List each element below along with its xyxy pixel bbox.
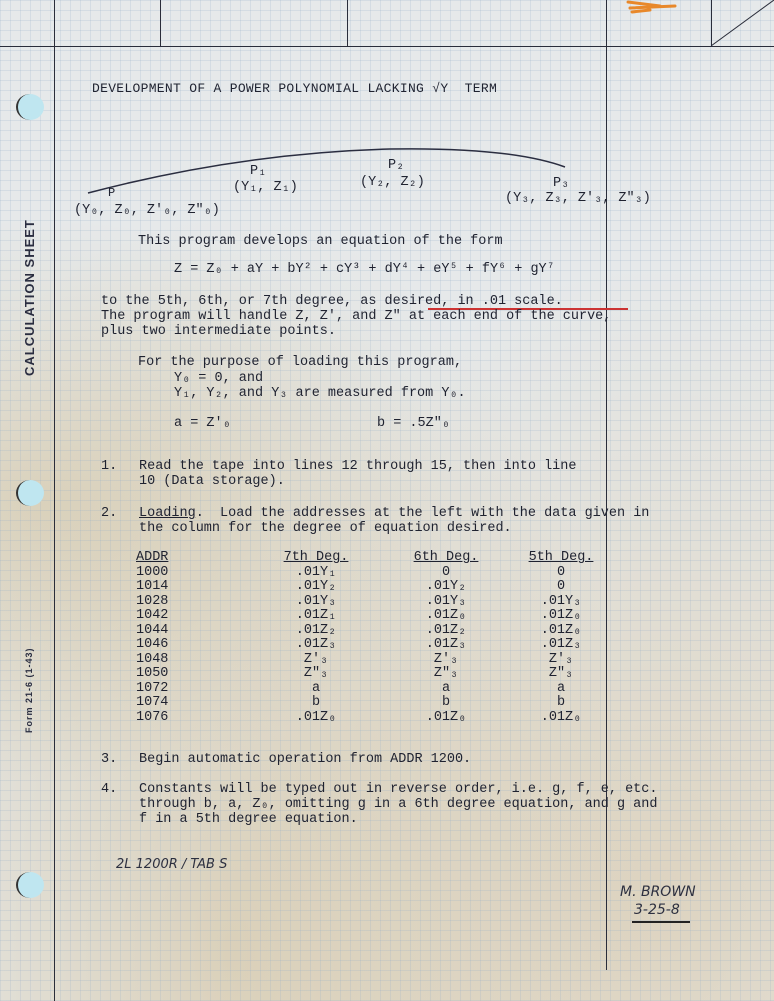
address-table: ADDR 7th Deg. 6th Deg. 5th Deg. 1000.01Y… — [136, 551, 616, 725]
deg6-cell: .01Y₂ — [386, 580, 506, 595]
addr-cell: 1076 — [136, 711, 246, 726]
deg7-cell: .01Y₃ — [246, 595, 386, 610]
deg5-cell: .01Z₀ — [506, 624, 616, 639]
loading-note-line-1: For the purpose of loading this program, — [138, 355, 462, 370]
header-5th: 5th Deg. — [506, 551, 616, 566]
deg6-cell: .01Z₀ — [386, 711, 506, 726]
deg5-cell: a — [506, 682, 616, 697]
table-row: 1014.01Y₂.01Y₂0 — [136, 580, 616, 595]
deg7-cell: Z'₃ — [246, 653, 386, 668]
deg6-cell: a — [386, 682, 506, 697]
handwritten-author: M. BROWN — [620, 884, 696, 900]
polynomial-equation: Z = Z₀ + aY + bY² + cY³ + dY⁴ + eY⁵ + fY… — [174, 262, 555, 277]
addr-cell: 1014 — [136, 580, 246, 595]
deg5-cell: .01Z₀ — [506, 609, 616, 624]
corner-diagonal — [711, 0, 774, 47]
deg6-cell: b — [386, 696, 506, 711]
punch-hole-bottom — [16, 872, 44, 898]
step-4-text-cont-2: f in a 5th degree equation. — [139, 812, 358, 827]
intro-line-3: The program will handle Z, Z', and Z" at… — [101, 309, 611, 324]
table-row: 1076.01Z₀.01Z₀.01Z₀ — [136, 711, 616, 726]
table-row: 1000.01Y₁00 — [136, 566, 616, 581]
step-3-text: Begin automatic operation from ADDR 1200… — [139, 752, 471, 767]
deg5-cell: Z'₃ — [506, 653, 616, 668]
deg5-cell: b — [506, 696, 616, 711]
b-definition: b = .5Z"₀ — [377, 416, 450, 431]
deg6-cell: .01Z₀ — [386, 609, 506, 624]
intro-line-1: This program develops an equation of the… — [138, 234, 503, 249]
step-4-number: 4. — [101, 782, 117, 797]
point-p0-label: P — [108, 186, 115, 201]
point-p1-label: P₁ — [250, 164, 266, 179]
deg5-cell: Z"₃ — [506, 667, 616, 682]
addr-cell: 1028 — [136, 595, 246, 610]
step-2-heading-text: Loading — [139, 506, 196, 521]
table-row: 1050Z"₃Z"₃Z"₃ — [136, 667, 616, 682]
addr-cell: 1000 — [136, 566, 246, 581]
header-divider-2 — [347, 0, 348, 46]
addr-cell: 1044 — [136, 624, 246, 639]
addr-cell: 1048 — [136, 653, 246, 668]
step-4-text-cont: through b, a, Z₀, omitting g in a 6th de… — [139, 797, 657, 812]
step-1-text: Read the tape into lines 12 through 15, … — [139, 459, 576, 474]
right-column-rule — [606, 0, 607, 970]
deg7-cell: .01Y₁ — [246, 566, 386, 581]
addr-cell: 1074 — [136, 696, 246, 711]
header-7th: 7th Deg. — [246, 551, 386, 566]
deg7-cell: .01Z₃ — [246, 638, 386, 653]
header-rule — [0, 46, 774, 47]
deg7-cell: a — [246, 682, 386, 697]
header-addr: ADDR — [136, 551, 246, 566]
deg7-cell: .01Z₂ — [246, 624, 386, 639]
handwritten-note: 2L 1200R / TAB S — [116, 857, 227, 872]
point-p1-coords: (Y₁, Z₁) — [233, 180, 298, 195]
step-1-number: 1. — [101, 459, 117, 474]
deg6-cell: Z"₃ — [386, 667, 506, 682]
deg5-cell: 0 — [506, 580, 616, 595]
step-2-text: . Load the addresses at the left with th… — [196, 506, 650, 521]
deg6-cell: Z'₃ — [386, 653, 506, 668]
deg7-cell: .01Y₂ — [246, 580, 386, 595]
point-p3-coords: (Y₃, Z₃, Z'₃, Z"₃) — [505, 191, 651, 206]
table-row: 1042.01Z₁.01Z₀.01Z₀ — [136, 609, 616, 624]
deg5-cell: .01Z₀ — [506, 711, 616, 726]
deg6-cell: 0 — [386, 566, 506, 581]
handwritten-date: 3-25-8 — [634, 902, 680, 918]
step-1-text-cont: 10 (Data storage). — [139, 474, 285, 489]
deg6-cell: .01Z₂ — [386, 624, 506, 639]
step-2-heading: Loading. Load the addresses at the left … — [139, 506, 649, 521]
table-row: 1044.01Z₂.01Z₂.01Z₀ — [136, 624, 616, 639]
point-p2-label: P₂ — [388, 158, 404, 173]
step-2-text-cont: the column for the degree of equation de… — [139, 521, 512, 536]
loading-note-line-3: Y₁, Y₂, and Y₃ are measured from Y₀. — [174, 386, 466, 401]
intro-line-4: plus two intermediate points. — [101, 324, 336, 339]
header-6th: 6th Deg. — [386, 551, 506, 566]
table-row: 1048Z'₃Z'₃Z'₃ — [136, 653, 616, 668]
step-4-text: Constants will be typed out in reverse o… — [139, 782, 657, 797]
step-2-number: 2. — [101, 506, 117, 521]
deg6-cell: .01Y₃ — [386, 595, 506, 610]
deg7-cell: Z"₃ — [246, 667, 386, 682]
point-p0-coords: (Y₀, Z₀, Z'₀, Z"₀) — [74, 203, 220, 218]
deg5-cell: .01Y₃ — [506, 595, 616, 610]
punch-hole-middle — [16, 480, 44, 506]
table-row: 1028.01Y₃.01Y₃.01Y₃ — [136, 595, 616, 610]
point-p3-label: P₃ — [553, 176, 569, 191]
intro-line-2: to the 5th, 6th, or 7th degree, as desir… — [101, 294, 563, 309]
form-number-label: Form 21-6 (1-43) — [24, 647, 34, 733]
header-divider-1 — [160, 0, 161, 46]
deg7-cell: b — [246, 696, 386, 711]
date-underline — [632, 921, 690, 923]
punch-hole-top — [16, 94, 44, 120]
orange-mark — [620, 0, 690, 20]
loading-note-line-2: Y₀ = 0, and — [174, 371, 263, 386]
deg6-cell: .01Z₃ — [386, 638, 506, 653]
table-row: 1046.01Z₃.01Z₃.01Z₃ — [136, 638, 616, 653]
table-header-row: ADDR 7th Deg. 6th Deg. 5th Deg. — [136, 551, 616, 566]
deg7-cell: .01Z₀ — [246, 711, 386, 726]
sheet-side-label: CALCULATION SHEET — [22, 219, 37, 376]
deg5-cell: 0 — [506, 566, 616, 581]
addr-cell: 1046 — [136, 638, 246, 653]
addr-cell: 1050 — [136, 667, 246, 682]
deg7-cell: .01Z₁ — [246, 609, 386, 624]
page-title: DEVELOPMENT OF A POWER POLYNOMIAL LACKIN… — [92, 81, 497, 96]
step-3-number: 3. — [101, 752, 117, 767]
deg5-cell: .01Z₃ — [506, 638, 616, 653]
table-row: 1072aaa — [136, 682, 616, 697]
a-definition: a = Z'₀ — [174, 416, 231, 431]
left-margin-rule — [54, 0, 55, 1001]
addr-cell: 1042 — [136, 609, 246, 624]
point-p2-coords: (Y₂, Z₂) — [360, 175, 425, 190]
table-row: 1074bbb — [136, 696, 616, 711]
addr-cell: 1072 — [136, 682, 246, 697]
